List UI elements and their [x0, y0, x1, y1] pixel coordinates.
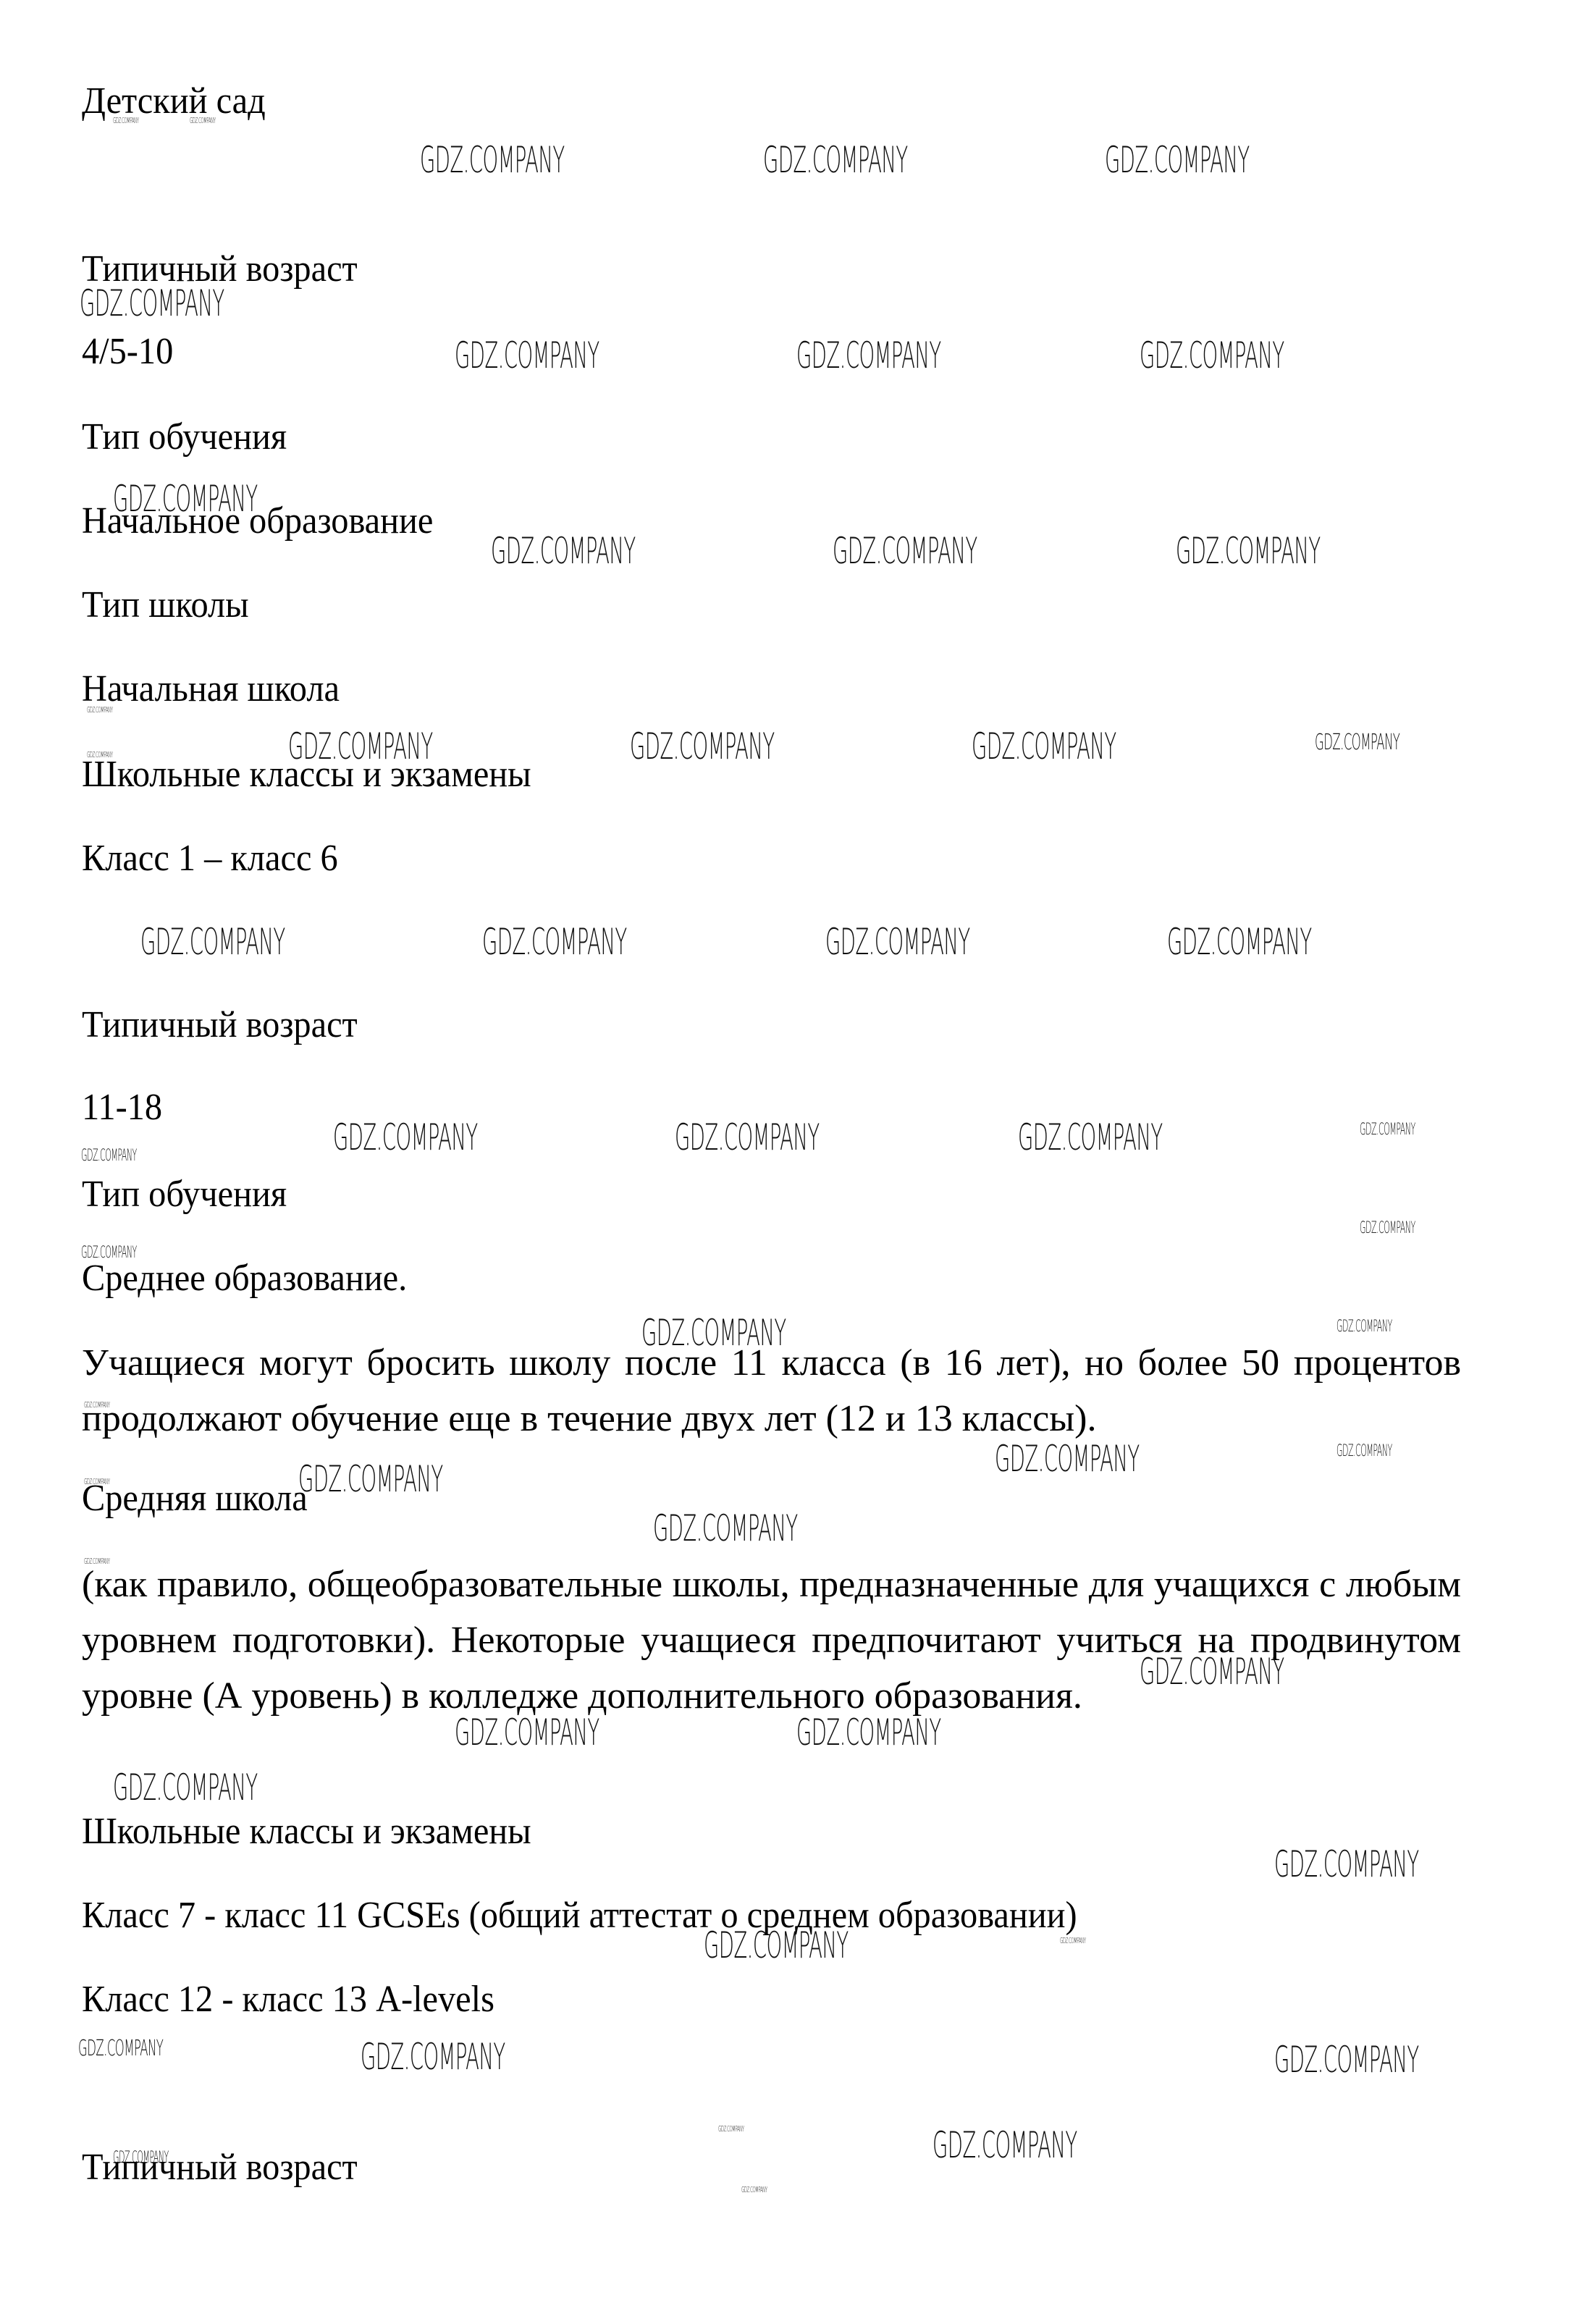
- value-learning-type: Среднее образование.: [82, 1257, 407, 1300]
- watermark: GDZ.COMPANY: [113, 1767, 258, 1809]
- watermark: GDZ.COMPANY: [298, 1458, 443, 1500]
- watermark: GDZ.COMPANY: [1360, 1219, 1415, 1237]
- watermark: GDZ.COMPANY: [1274, 2039, 1419, 2081]
- watermark: GDZ.COMPANY: [84, 1557, 110, 1566]
- watermark: GDZ.COMPANY: [482, 921, 627, 963]
- document-page: Детский сад Типичный возраст 4/5-10 Тип …: [0, 0, 1587, 2324]
- watermark: GDZ.COMPANY: [491, 530, 636, 572]
- watermark: GDZ.COMPANY: [113, 478, 258, 520]
- watermark: GDZ.COMPANY: [113, 116, 139, 125]
- watermark: GDZ.COMPANY: [1140, 334, 1284, 376]
- watermark: GDZ.COMPANY: [87, 705, 113, 715]
- label-school-type: Тип школы: [82, 584, 249, 627]
- heading-kindergarten: Детский сад: [82, 80, 266, 123]
- watermark: GDZ.COMPANY: [1167, 921, 1312, 963]
- label-typical-age: Типичный возраст: [82, 1003, 358, 1047]
- watermark: GDZ.COMPANY: [972, 725, 1116, 767]
- value-age: 11-18: [82, 1086, 162, 1129]
- watermark: GDZ.COMPANY: [630, 725, 775, 767]
- watermark: GDZ.COMPANY: [1274, 1843, 1419, 1885]
- watermark: GDZ.COMPANY: [1360, 1121, 1415, 1139]
- value-grades: Класс 1 – класс 6: [82, 837, 338, 880]
- value-school-type: Начальная школа: [82, 668, 340, 711]
- watermark: GDZ.COMPANY: [361, 2036, 505, 2078]
- watermark: GDZ.COMPANY: [1315, 730, 1399, 755]
- watermark: GDZ.COMPANY: [1336, 1318, 1392, 1336]
- watermark: GDZ.COMPANY: [1018, 1116, 1163, 1158]
- watermark: GDZ.COMPANY: [288, 725, 433, 767]
- watermark: GDZ.COMPANY: [1140, 1651, 1284, 1693]
- value-grades-a-levels: Класс 12 - класс 13 A-levels: [82, 1978, 494, 2021]
- watermark: GDZ.COMPANY: [84, 1477, 110, 1486]
- watermark: GDZ.COMPANY: [1105, 139, 1250, 181]
- watermark: GDZ.COMPANY: [653, 1507, 798, 1549]
- watermark: GDZ.COMPANY: [80, 282, 224, 324]
- watermark: GDZ.COMPANY: [796, 334, 941, 376]
- watermark: GDZ.COMPANY: [420, 139, 565, 181]
- watermark: GDZ.COMPANY: [718, 2124, 744, 2134]
- watermark: GDZ.COMPANY: [84, 1400, 110, 1410]
- watermark: GDZ.COMPANY: [933, 2124, 1077, 2166]
- label-school-type: Средняя школа: [82, 1477, 308, 1520]
- paragraph-comprehensive: (как правило, общеобразовательные школы,…: [82, 1557, 1461, 1724]
- watermark: GDZ.COMPANY: [641, 1312, 786, 1354]
- watermark: GDZ.COMPANY: [87, 750, 113, 759]
- watermark: GDZ.COMPANY: [763, 139, 908, 181]
- watermark: GDZ.COMPANY: [825, 921, 970, 963]
- label-grades-exams: Школьные классы и экзамены: [82, 1810, 531, 1853]
- watermark: GDZ.COMPANY: [455, 1712, 599, 1753]
- watermark: GDZ.COMPANY: [113, 2149, 169, 2167]
- watermark: GDZ.COMPANY: [1060, 1936, 1086, 1945]
- watermark: GDZ.COMPANY: [140, 921, 285, 963]
- watermark: GDZ.COMPANY: [81, 1244, 137, 1262]
- watermark: GDZ.COMPANY: [333, 1116, 478, 1158]
- watermark: GDZ.COMPANY: [1336, 1442, 1392, 1460]
- watermark: GDZ.COMPANY: [455, 334, 599, 376]
- watermark: GDZ.COMPANY: [833, 530, 977, 572]
- value-age: 4/5-10: [82, 330, 173, 374]
- watermark: GDZ.COMPANY: [1176, 530, 1321, 572]
- watermark: GDZ.COMPANY: [675, 1116, 820, 1158]
- watermark: GDZ.COMPANY: [81, 1147, 137, 1165]
- value-grades-gcse: Класс 7 - класс 11 GCSEs (общий аттестат…: [82, 1894, 1077, 1937]
- watermark: GDZ.COMPANY: [796, 1712, 941, 1753]
- watermark: GDZ.COMPANY: [78, 2036, 163, 2061]
- label-learning-type: Тип обучения: [82, 416, 287, 459]
- watermark: GDZ.COMPANY: [741, 2185, 767, 2194]
- watermark: GDZ.COMPANY: [704, 1924, 849, 1966]
- label-learning-type: Тип обучения: [82, 1173, 287, 1216]
- watermark: GDZ.COMPANY: [190, 116, 216, 125]
- watermark: GDZ.COMPANY: [995, 1438, 1140, 1480]
